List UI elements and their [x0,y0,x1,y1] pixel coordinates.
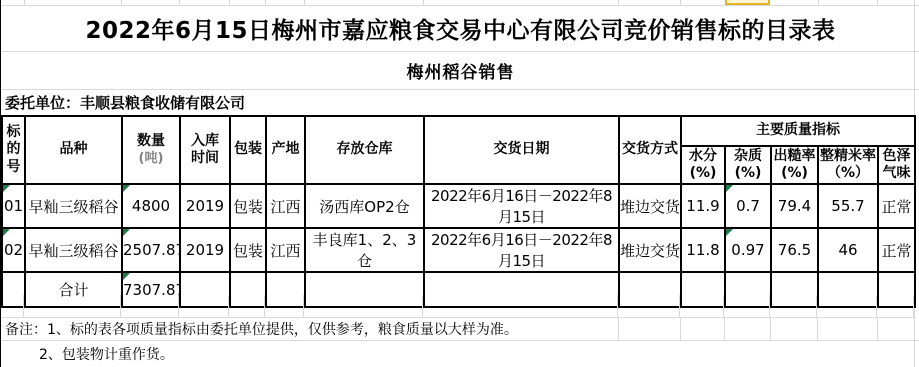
cell-text: 0.97 [731,241,764,259]
cell-origin[interactable]: 江西 [266,228,305,272]
grid-line [770,318,771,341]
grid-cell[interactable] [770,295,817,317]
grid-line [877,0,878,5]
header-quality-group[interactable]: 主要质量指标 [681,116,915,146]
header-color-odor[interactable]: 色泽 气味 [878,146,915,184]
grid-cell[interactable] [423,295,618,317]
grid-line [680,0,681,5]
header-packaging[interactable]: 包装 [230,116,266,184]
cell-quantity[interactable]: 4800 [122,184,180,228]
cell-text: 0.7 [736,197,760,215]
error-indicator-triangle [726,185,733,192]
grid-line [818,0,819,5]
page-title: 2022年6月15日梅州市嘉应粮食交易中心有限公司竞价销售标的目录表 [1,6,919,52]
cell-milled-rice-rate[interactable]: 46 [818,228,878,272]
cell-warehouse[interactable]: 丰良库1、2、3仓 [305,228,424,272]
note-line-1: 备注：1、标的表各项质量指标由委托单位提供，仅供参考，粮食质量以大样为准。 [1,318,919,341]
grid-line [423,0,424,5]
grid-cell[interactable] [24,295,121,317]
cell-delivery-date[interactable]: 2022年6月16日－2022年8月15日 [424,184,619,228]
table-row: 02 早籼三级稻谷 2507.878 2019 包装 江西 丰良库1、2、3仓 … [2,228,915,272]
cell-brown-rice-rate[interactable]: 79.4 [771,184,818,228]
grid-cell[interactable] [817,295,877,317]
header-milled-rice-rate[interactable]: 整精米率 （%） [818,146,878,184]
cell-quantity[interactable]: 2507.878 [122,228,180,272]
grid-line [121,0,122,5]
cell-packaging[interactable]: 包装 [230,228,266,272]
grid-cell[interactable] [1,295,24,317]
blank-grid-row [1,295,914,318]
title-text: 2022年6月15日梅州市嘉应粮食交易中心有限公司竞价销售标的目录表 [85,12,835,45]
grid-line [877,318,878,341]
grid-cell[interactable] [121,295,179,317]
grid-cell[interactable] [724,295,770,317]
cell-brown-rice-rate[interactable]: 76.5 [771,228,818,272]
cell-delivery-method[interactable]: 堆边交货 [619,184,681,228]
grid-cell[interactable] [304,295,423,317]
cell-warehouse[interactable]: 汤西库OP2仓 [305,184,424,228]
error-indicator-triangle [3,229,10,236]
header-brown-rice-rate[interactable]: 出糙率 (%) [771,146,818,184]
error-indicator-triangle [726,229,733,236]
header-quantity-text: 数量 [137,133,165,149]
error-indicator-triangle [123,273,130,280]
cell-impurity[interactable]: 0.97 [725,228,771,272]
cell-text: 01 [4,197,23,215]
header-warehouse[interactable]: 存放仓库 [305,116,424,184]
consignor-line: 委托单位：丰顺县粮食收储有限公司 [1,90,919,115]
cell-color-odor[interactable]: 正常 [878,184,915,228]
consignor-text: 委托单位：丰顺县粮食收储有限公司 [5,92,245,113]
cell-origin[interactable]: 江西 [266,184,305,228]
cell-delivery-method[interactable]: 堆边交货 [619,228,681,272]
note-line-2: 2、包装物计重作货。 [1,341,919,366]
grid-line [817,318,818,341]
header-target-no[interactable]: 标 的 号 [2,116,25,184]
header-quantity[interactable]: 数量(吨) [122,116,180,184]
cell-storage-time[interactable]: 2019 [180,228,230,272]
grid-line [724,318,725,341]
cell-milled-rice-rate[interactable]: 55.7 [818,184,878,228]
grid-cell[interactable] [265,295,304,317]
catalog-table: 标 的 号 品种 数量(吨) 入库 时间 包装 产地 存放仓库 交货日期 交货方… [1,115,916,308]
grid-line [24,0,25,5]
page-subtitle: 梅州稻谷销售 [1,52,919,90]
header-storage-time[interactable]: 入库 时间 [180,116,230,184]
grid-cell[interactable] [877,295,914,317]
cell-target-no[interactable]: 02 [2,228,25,272]
grid-cell[interactable] [618,295,680,317]
cell-variety[interactable]: 早籼三级稻谷 [25,184,122,228]
cell-moisture[interactable]: 11.8 [681,228,725,272]
grid-line [229,0,230,5]
note-text: 2、包装物计重作货。 [39,344,174,364]
error-indicator-triangle [123,229,130,236]
subtitle-text: 梅州稻谷销售 [407,58,515,83]
cell-storage-time[interactable]: 2019 [180,184,230,228]
header-delivery-method[interactable]: 交货方式 [619,116,681,184]
table-row: 01 早籼三级稻谷 4800 2019 包装 江西 汤西库OP2仓 2022年6… [2,184,915,228]
grid-line [618,318,619,341]
header-moisture[interactable]: 水分 (%) [681,146,725,184]
error-indicator-triangle [123,185,130,192]
spreadsheet-sheet: 2022年6月15日梅州市嘉应粮食交易中心有限公司竞价销售标的目录表 梅州稻谷销… [0,0,919,367]
grid-line [265,0,266,5]
grid-line [680,318,681,341]
cell-text: 2507.878 [123,241,180,259]
header-impurity[interactable]: 杂质 (%) [725,146,771,184]
cell-target-no[interactable]: 01 [2,184,25,228]
header-variety[interactable]: 品种 [25,116,122,184]
header-delivery-date[interactable]: 交货日期 [424,116,619,184]
header-quantity-unit: (吨) [123,151,179,167]
cell-variety[interactable]: 早籼三级稻谷 [25,228,122,272]
grid-line [618,0,619,5]
grid-cell[interactable] [179,295,229,317]
error-indicator-triangle [3,185,10,192]
grid-line [304,0,305,5]
active-cell-highlight[interactable] [725,0,770,5]
cell-impurity[interactable]: 0.7 [725,184,771,228]
cell-text: 4800 [132,197,170,215]
note-text: 备注：1、标的表各项质量指标由委托单位提供，仅供参考，粮食质量以大样为准。 [5,319,518,339]
grid-cell[interactable] [229,295,265,317]
grid-cell[interactable] [680,295,724,317]
cell-color-odor[interactable]: 正常 [878,228,915,272]
cell-delivery-date[interactable]: 2022年6月16日－2022年8月15日 [424,228,619,272]
cell-text: 02 [4,241,23,259]
cell-packaging[interactable]: 包装 [230,184,266,228]
header-origin[interactable]: 产地 [266,116,305,184]
cell-moisture[interactable]: 11.9 [681,184,725,228]
grid-line [179,0,180,5]
